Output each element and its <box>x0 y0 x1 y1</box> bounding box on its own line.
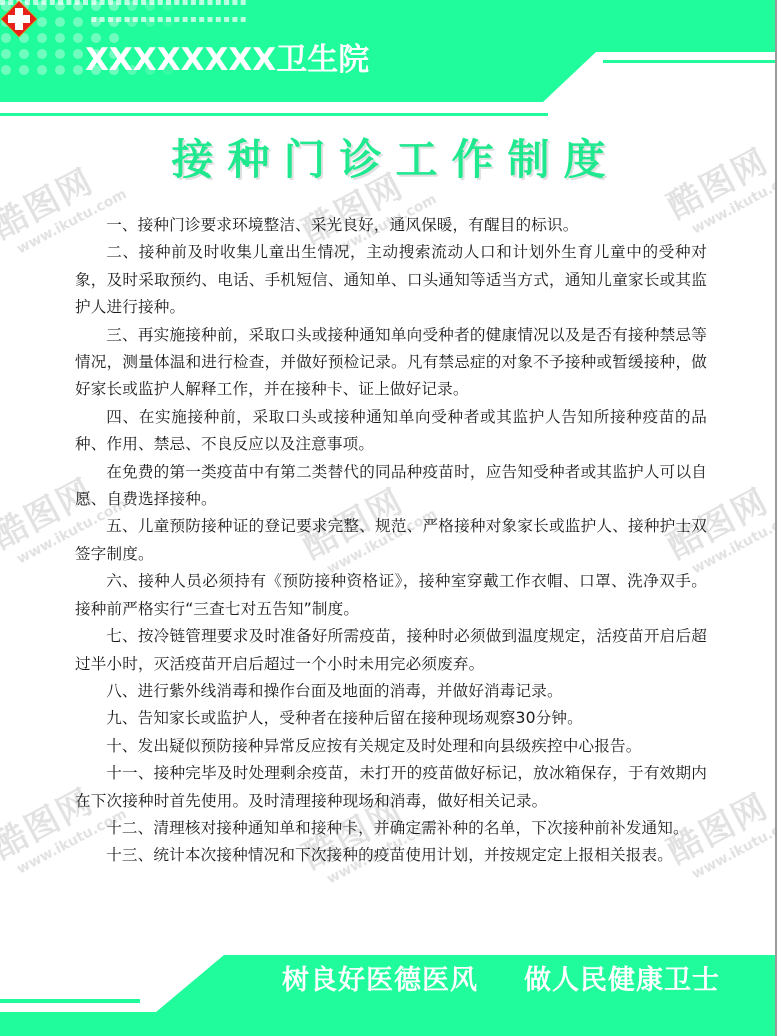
rule-paragraph: 六、接种人员必须持有《预防接种资格证》，接种室穿戴工作衣帽、口罩、洗净双手。接种… <box>75 568 707 623</box>
hospital-name: XXXXXXXX卫生院 <box>85 40 369 80</box>
document-body: 一、接种门诊要求环境整洁、采光良好，通风保暖，有醒目的标识。 二、接种前及时收集… <box>75 212 707 870</box>
rule-paragraph: 四、在实施接种前，采取口头或接种通知单向受种者或其监护人告知所接种疫苗的品种、作… <box>75 404 707 459</box>
rule-paragraph: 三、再实施接种前，采取口头或接种通知单向受种者的健康情况以及是否有接种禁忌等情况… <box>75 322 707 404</box>
rule-paragraph: 二、接种前及时收集儿童出生情况，主动搜索流动人口和计划外生育儿童中的受种对象，及… <box>75 239 707 321</box>
rule-paragraph: 在免费的第一类疫苗中有第二类替代的同品种疫苗时，应告知受种者或其监护人可以自愿、… <box>75 459 707 514</box>
rule-paragraph: 十一、接种完毕及时处理剩余疫苗，未打开的疫苗做好标记，放冰箱保存，于有效期内在下… <box>75 760 707 815</box>
slogan-left: 树良好医德医风 <box>282 963 478 999</box>
rule-paragraph: 五、儿童预防接种证的登记要求完整、规范、严格接种对象家长或监护人、接种护士双签字… <box>75 513 707 568</box>
header-divider-line <box>0 113 548 116</box>
rule-paragraph: 十二、清理核对接种通知单和接种卡，并确定需补种的名单，下次接种前补发通知。 <box>75 815 707 842</box>
rule-paragraph: 九、告知家长或监护人，受种者在接种后留在接种现场观察30分钟。 <box>75 705 707 732</box>
rule-paragraph: 十三、统计本次接种情况和下次接种的疫苗使用计划，并按规定定上报相关报表。 <box>75 842 707 869</box>
document-title: 接种门诊工作制度 <box>0 130 777 190</box>
rule-paragraph: 十、发出疑似预防接种异常反应按有关规定及时处理和向县级疾控中心报告。 <box>75 733 707 760</box>
rule-paragraph: 七、按冷链管理要求及时准备好所需疫苗，接种时必须做到温度规定，活疫苗开启后超过半… <box>75 623 707 678</box>
header-band: XXXXXXXX卫生院 <box>0 0 777 110</box>
slogan-right: 做人民健康卫士 <box>524 963 720 999</box>
poster: XXXXXXXX卫生院 酷图网www.ikutu.com 酷图网www.ikut… <box>0 0 777 1036</box>
red-cross-icon <box>0 0 38 38</box>
rule-paragraph: 八、进行紫外线消毒和操作台面及地面的消毒，并做好消毒记录。 <box>75 678 707 705</box>
rule-paragraph: 一、接种门诊要求环境整洁、采光良好，通风保暖，有醒目的标识。 <box>75 212 707 239</box>
